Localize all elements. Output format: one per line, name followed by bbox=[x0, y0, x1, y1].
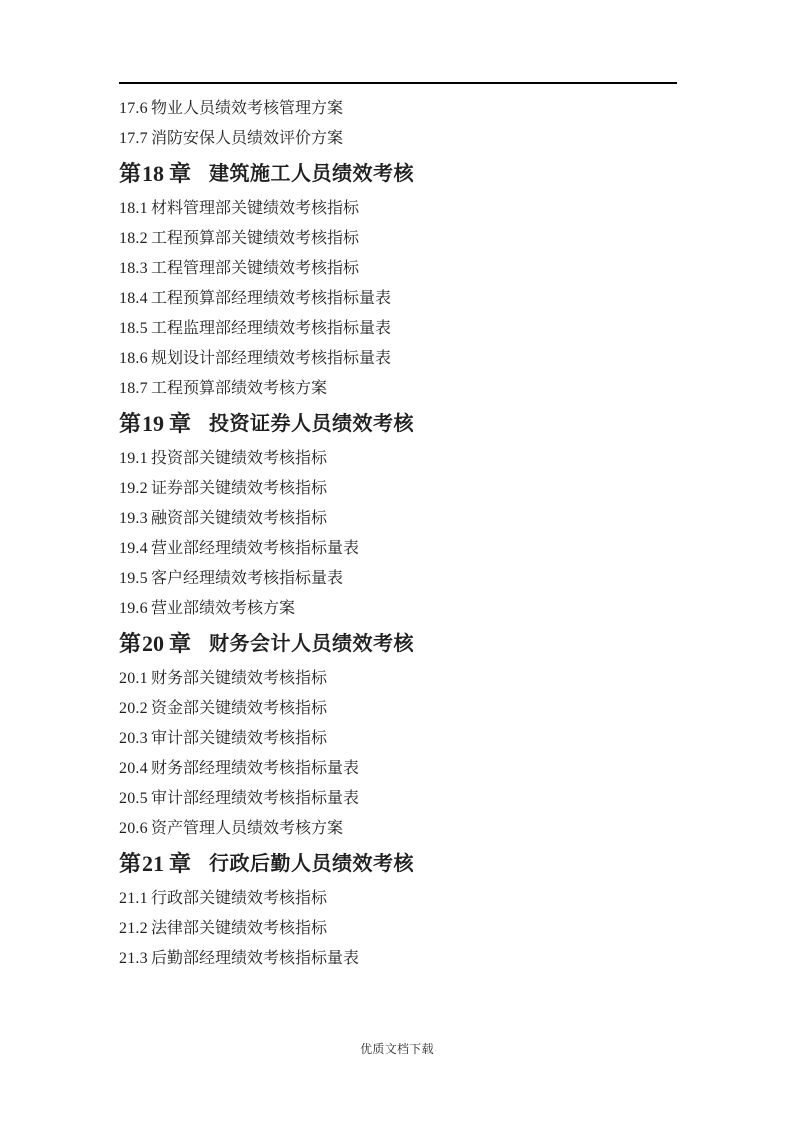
chapter-number-suffix: 章 bbox=[169, 853, 191, 875]
toc-item: 21.3后勤部经理绩效考核指标量表 bbox=[119, 944, 677, 974]
toc-content: 17.6物业人员绩效考核管理方案17.7消防安保人员绩效评价方案第18章建筑施工… bbox=[119, 84, 677, 974]
footer-text: 优质文档下载 bbox=[0, 1040, 794, 1057]
toc-item: 18.1材料管理部关键绩效考核指标 bbox=[119, 194, 677, 224]
chapter-number: 第19章 bbox=[119, 413, 191, 435]
toc-item-label: 审计部经理绩效考核指标量表 bbox=[151, 791, 359, 807]
toc-item: 17.7消防安保人员绩效评价方案 bbox=[119, 124, 677, 154]
toc-item-label: 资产管理人员绩效考核方案 bbox=[151, 821, 343, 837]
toc-item: 20.2资金部关键绩效考核指标 bbox=[119, 694, 677, 724]
toc-item-label: 融资部关键绩效考核指标 bbox=[151, 511, 327, 527]
toc-item-number: 19.3 bbox=[119, 511, 151, 527]
chapter-number: 第18章 bbox=[119, 163, 191, 185]
toc-item-label: 工程管理部关键绩效考核指标 bbox=[151, 261, 359, 277]
toc-item-number: 20.3 bbox=[119, 731, 151, 747]
toc-item-label: 营业部经理绩效考核指标量表 bbox=[151, 541, 359, 557]
toc-item: 20.4财务部经理绩效考核指标量表 bbox=[119, 754, 677, 784]
chapter-title: 建筑施工人员绩效考核 bbox=[209, 164, 414, 184]
toc-item-label: 法律部关键绩效考核指标 bbox=[151, 921, 327, 937]
chapter-number: 第21章 bbox=[119, 853, 191, 875]
toc-item: 18.5工程监理部经理绩效考核指标量表 bbox=[119, 314, 677, 344]
toc-item-number: 21.2 bbox=[119, 921, 151, 937]
toc-item: 17.6物业人员绩效考核管理方案 bbox=[119, 94, 677, 124]
toc-item-label: 后勤部经理绩效考核指标量表 bbox=[151, 951, 359, 967]
toc-item-number: 17.6 bbox=[119, 101, 151, 117]
chapter-number-digits: 18 bbox=[142, 163, 164, 185]
chapter-number-suffix: 章 bbox=[169, 633, 191, 655]
toc-item-number: 18.3 bbox=[119, 261, 151, 277]
chapter-heading: 第18章建筑施工人员绩效考核 bbox=[119, 154, 677, 194]
toc-item-number: 19.4 bbox=[119, 541, 151, 557]
chapter-heading: 第21章行政后勤人员绩效考核 bbox=[119, 844, 677, 884]
toc-item-number: 21.1 bbox=[119, 891, 151, 907]
toc-item: 21.1行政部关键绩效考核指标 bbox=[119, 884, 677, 914]
toc-item-number: 18.7 bbox=[119, 381, 151, 397]
chapter-number-prefix: 第 bbox=[119, 413, 141, 435]
chapter-heading: 第19章投资证券人员绩效考核 bbox=[119, 404, 677, 444]
toc-item-number: 18.1 bbox=[119, 201, 151, 217]
toc-item-label: 证券部关键绩效考核指标 bbox=[151, 481, 327, 497]
toc-item-number: 20.5 bbox=[119, 791, 151, 807]
toc-item-number: 20.1 bbox=[119, 671, 151, 687]
toc-item: 18.4工程预算部经理绩效考核指标量表 bbox=[119, 284, 677, 314]
toc-item-number: 21.3 bbox=[119, 951, 151, 967]
toc-item-number: 20.4 bbox=[119, 761, 151, 777]
toc-item-number: 19.2 bbox=[119, 481, 151, 497]
toc-item-number: 20.6 bbox=[119, 821, 151, 837]
chapter-heading: 第20章财务会计人员绩效考核 bbox=[119, 624, 677, 664]
toc-item: 20.1财务部关键绩效考核指标 bbox=[119, 664, 677, 694]
toc-item-label: 财务部关键绩效考核指标 bbox=[151, 671, 327, 687]
toc-item-label: 规划设计部经理绩效考核指标量表 bbox=[151, 351, 391, 367]
toc-item-label: 营业部绩效考核方案 bbox=[151, 601, 295, 617]
toc-item: 20.3审计部关键绩效考核指标 bbox=[119, 724, 677, 754]
toc-item-number: 18.6 bbox=[119, 351, 151, 367]
toc-item-label: 工程预算部经理绩效考核指标量表 bbox=[151, 291, 391, 307]
toc-item-label: 工程监理部经理绩效考核指标量表 bbox=[151, 321, 391, 337]
toc-item-number: 18.5 bbox=[119, 321, 151, 337]
chapter-number-prefix: 第 bbox=[119, 163, 141, 185]
toc-item-number: 18.4 bbox=[119, 291, 151, 307]
toc-item-label: 投资部关键绩效考核指标 bbox=[151, 451, 327, 467]
toc-item-label: 物业人员绩效考核管理方案 bbox=[151, 101, 343, 117]
toc-item-label: 工程预算部绩效考核方案 bbox=[151, 381, 327, 397]
toc-item-number: 17.7 bbox=[119, 131, 151, 147]
chapter-number-prefix: 第 bbox=[119, 853, 141, 875]
toc-item-label: 材料管理部关键绩效考核指标 bbox=[151, 201, 359, 217]
toc-item: 19.4营业部经理绩效考核指标量表 bbox=[119, 534, 677, 564]
toc-item-number: 18.2 bbox=[119, 231, 151, 247]
toc-item-label: 资金部关键绩效考核指标 bbox=[151, 701, 327, 717]
toc-item-label: 工程预算部关键绩效考核指标 bbox=[151, 231, 359, 247]
toc-item: 18.3工程管理部关键绩效考核指标 bbox=[119, 254, 677, 284]
toc-item: 18.6规划设计部经理绩效考核指标量表 bbox=[119, 344, 677, 374]
chapter-number: 第20章 bbox=[119, 633, 191, 655]
toc-item-number: 19.5 bbox=[119, 571, 151, 587]
toc-item: 19.6营业部绩效考核方案 bbox=[119, 594, 677, 624]
chapter-title: 投资证券人员绩效考核 bbox=[209, 414, 414, 434]
toc-item-label: 财务部经理绩效考核指标量表 bbox=[151, 761, 359, 777]
toc-item: 21.2法律部关键绩效考核指标 bbox=[119, 914, 677, 944]
toc-item-label: 审计部关键绩效考核指标 bbox=[151, 731, 327, 747]
toc-item: 20.6资产管理人员绩效考核方案 bbox=[119, 814, 677, 844]
toc-item: 19.3融资部关键绩效考核指标 bbox=[119, 504, 677, 534]
toc-item: 19.5客户经理绩效考核指标量表 bbox=[119, 564, 677, 594]
chapter-title: 财务会计人员绩效考核 bbox=[209, 634, 414, 654]
chapter-number-suffix: 章 bbox=[169, 163, 191, 185]
toc-item-label: 客户经理绩效考核指标量表 bbox=[151, 571, 343, 587]
toc-item-label: 行政部关键绩效考核指标 bbox=[151, 891, 327, 907]
toc-item: 18.2工程预算部关键绩效考核指标 bbox=[119, 224, 677, 254]
toc-item: 20.5审计部经理绩效考核指标量表 bbox=[119, 784, 677, 814]
chapter-number-suffix: 章 bbox=[169, 413, 191, 435]
chapter-number-digits: 21 bbox=[142, 853, 164, 875]
toc-item: 19.2证券部关键绩效考核指标 bbox=[119, 474, 677, 504]
chapter-number-digits: 20 bbox=[142, 633, 164, 655]
toc-item-number: 20.2 bbox=[119, 701, 151, 717]
toc-item-label: 消防安保人员绩效评价方案 bbox=[151, 131, 343, 147]
toc-item-number: 19.1 bbox=[119, 451, 151, 467]
chapter-title: 行政后勤人员绩效考核 bbox=[209, 854, 414, 874]
toc-item-number: 19.6 bbox=[119, 601, 151, 617]
toc-item: 18.7工程预算部绩效考核方案 bbox=[119, 374, 677, 404]
toc-item: 19.1投资部关键绩效考核指标 bbox=[119, 444, 677, 474]
chapter-number-digits: 19 bbox=[142, 413, 164, 435]
chapter-number-prefix: 第 bbox=[119, 633, 141, 655]
document-page: 17.6物业人员绩效考核管理方案17.7消防安保人员绩效评价方案第18章建筑施工… bbox=[0, 0, 794, 1123]
